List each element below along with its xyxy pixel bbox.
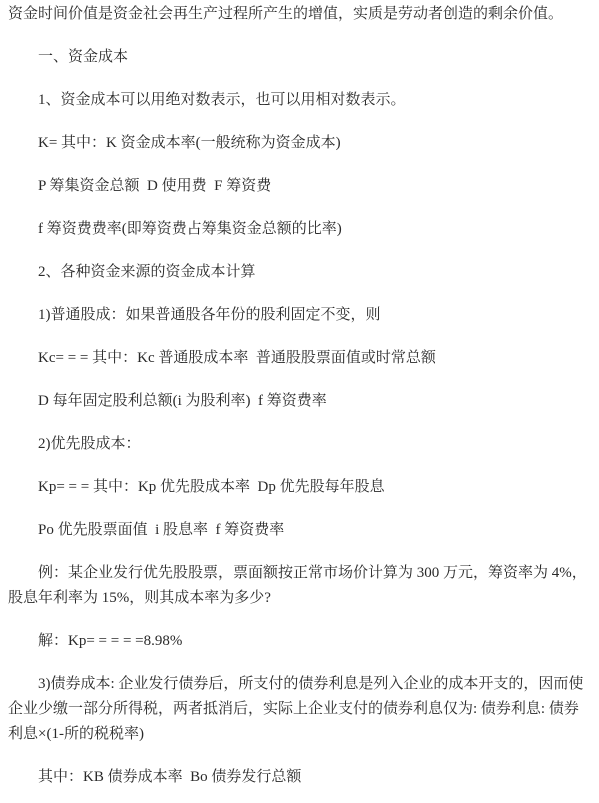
paragraph-absolute-relative: 1、资金成本可以用绝对数表示，也可以用相对数表示。 <box>8 88 591 113</box>
example-solution: 解：Kp= = = = =8.98% <box>8 629 591 654</box>
example-problem: 例：某企业发行优先股股票，票面额按正常市场价计算为 300 万元，筹资率为 4%… <box>8 561 591 611</box>
formula-kp-definition: Kp= = = 其中：Kp 优先股成本率 Dp 优先股每年股息 <box>8 475 591 500</box>
legend-kb-bo: 其中：KB 债券成本率 Bo 债券发行总额 <box>8 765 591 790</box>
legend-d-dividend-f-rate: D 每年固定股利总额(i 为股利率) f 筹资费率 <box>8 389 591 414</box>
formula-k-definition: K= 其中：K 资金成本率(一般统称为资金成本) <box>8 131 591 156</box>
formula-kc-definition: Kc= = = 其中：Kc 普通股成本率 普通股股票面值或时常总额 <box>8 346 591 371</box>
paragraph-preferred-stock-cost: 2)优先股成本： <box>8 432 591 457</box>
paragraph-bond-cost: 3)债券成本: 企业发行债券后，所支付的债券利息是列入企业的成本开支的，因而使企… <box>8 672 591 747</box>
heading-item-source-calculation: 2、各种资金来源的资金成本计算 <box>8 260 591 285</box>
document-page: 资金时间价值是资金社会再生产过程所产生的增值，实质是劳动者创造的剩余价值。 一、… <box>0 0 599 803</box>
legend-po-i-f: Po 优先股票面值 i 股息率 f 筹资费率 <box>8 518 591 543</box>
paragraph-intro-time-value: 资金时间价值是资金社会再生产过程所产生的增值，实质是劳动者创造的剩余价值。 <box>8 2 591 27</box>
legend-f-rate: f 筹资费费率(即筹资费占筹集资金总额的比率) <box>8 217 591 242</box>
heading-section-capital-cost: 一、资金成本 <box>8 45 591 70</box>
paragraph-common-stock: 1)普通股成：如果普通股各年份的股利固定不变，则 <box>8 303 591 328</box>
legend-p-d-f: P 筹集资金总额 D 使用费 F 筹资费 <box>8 174 591 199</box>
